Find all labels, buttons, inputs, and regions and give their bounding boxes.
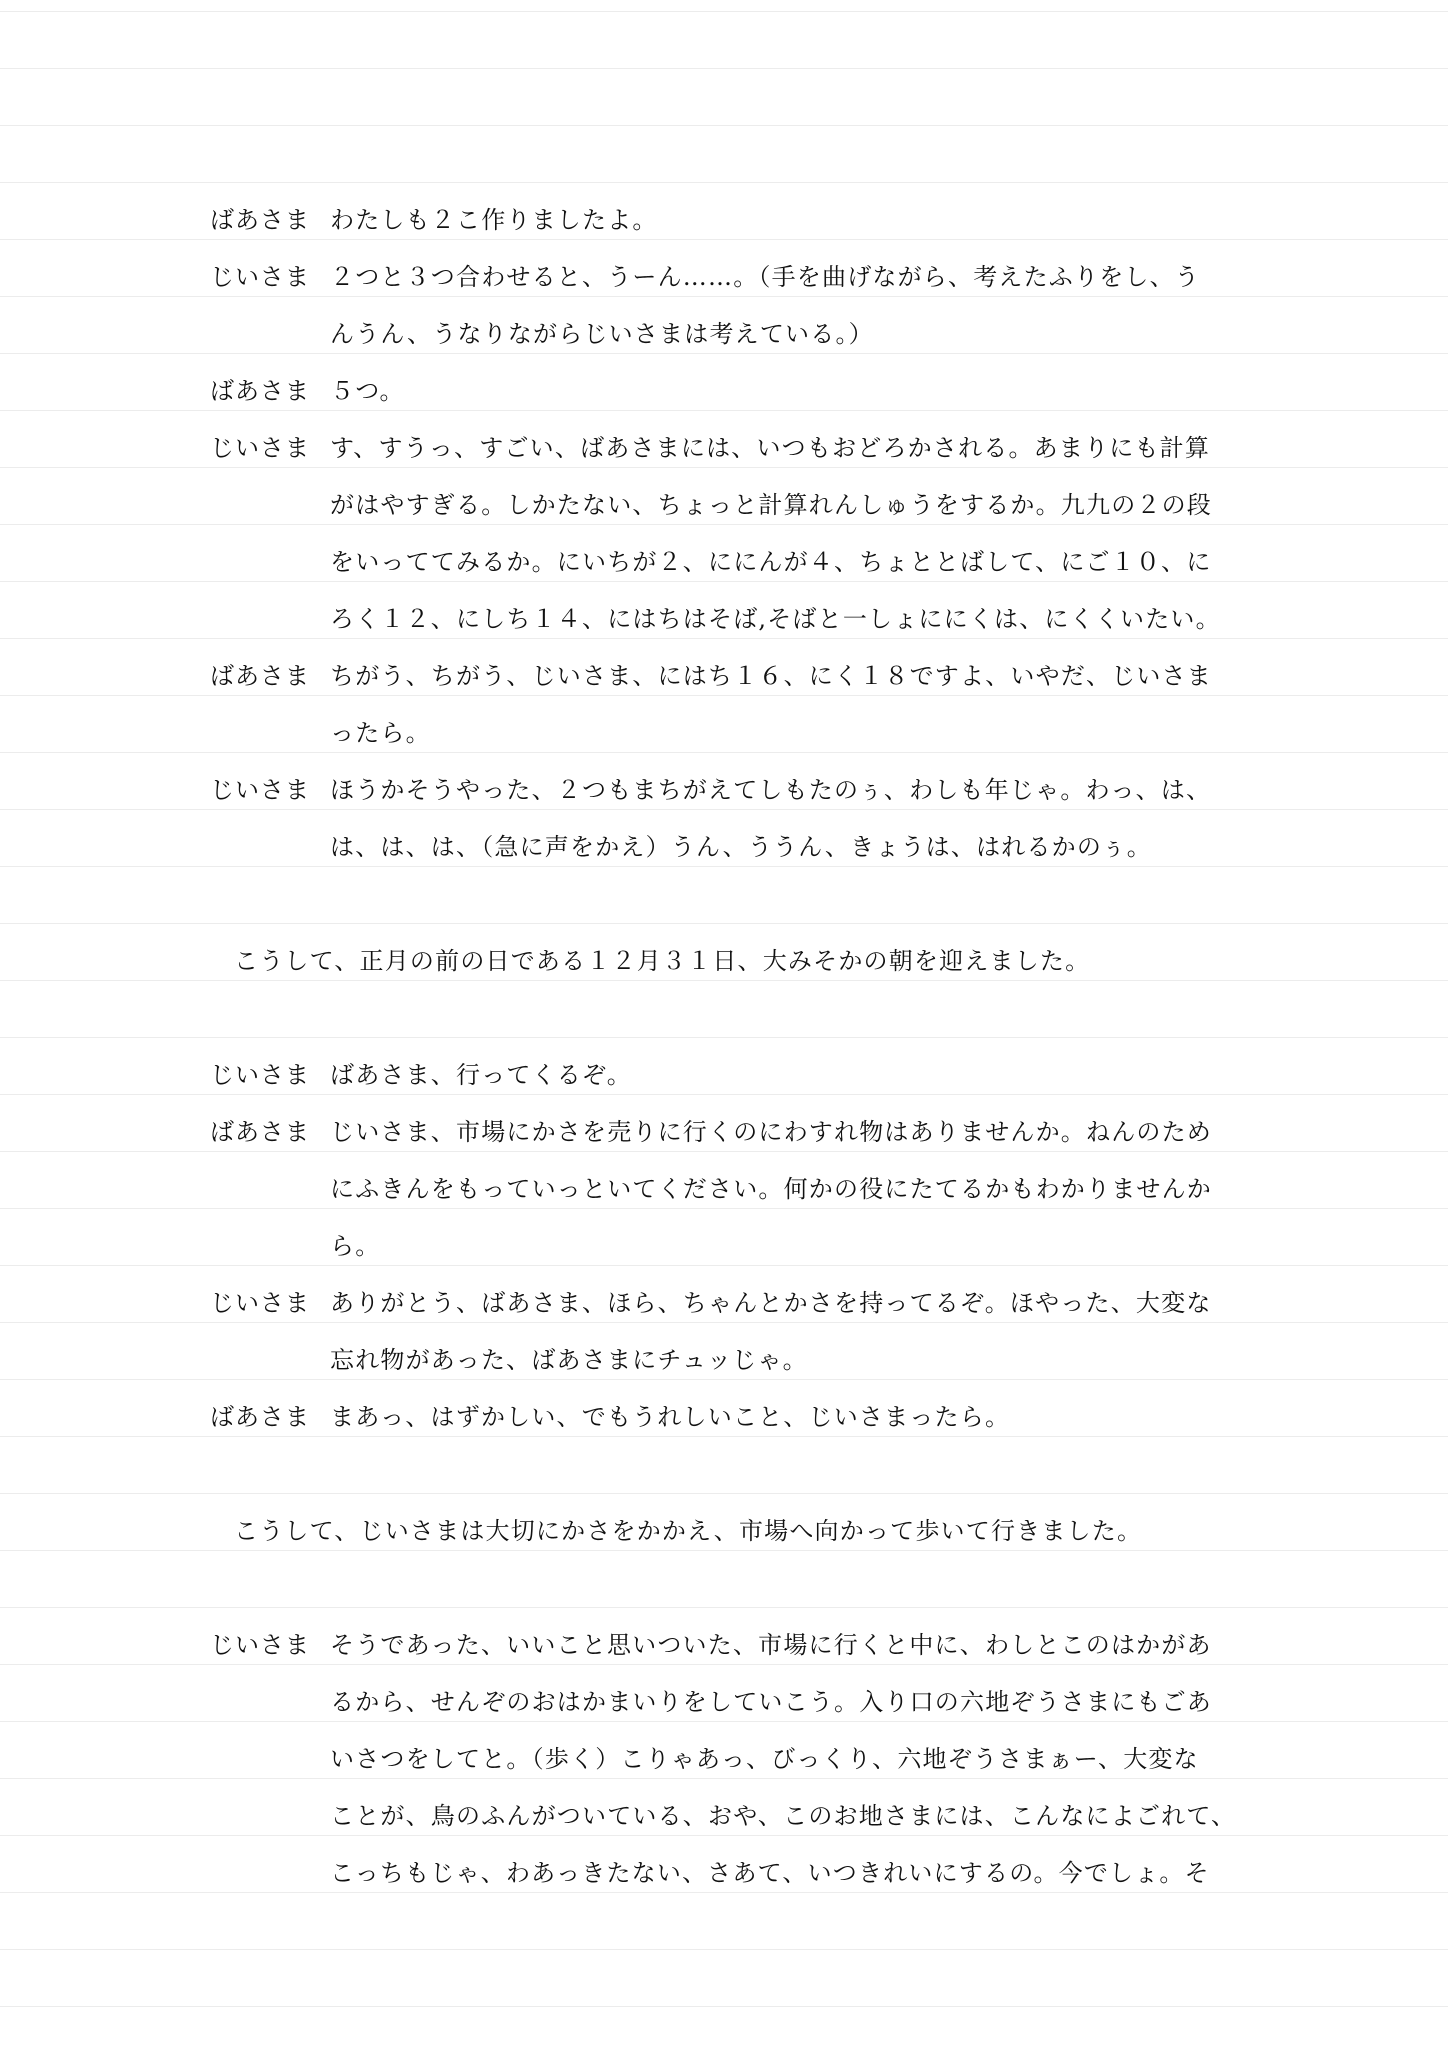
speaker-name: じいさま — [210, 1630, 325, 1660]
script-line: 忘れ物があった、ばあさまにチュッじゃ。 — [0, 1323, 1448, 1380]
script-line: ばあさま ちがう、ちがう、じいさま、にはち１６、にく１８ですよ、いやだ、じいさま — [0, 639, 1448, 696]
speaker-name: じいさま — [210, 1288, 325, 1318]
script-line: じいさま す、すうっ、すごい、ばあさまには、いつもおどろかされる。あまりにも計算 — [0, 411, 1448, 468]
dialogue-text: ありがとう、ばあさま、ほら、ちゃんとかさを持ってるぞ。ほやった、大変な — [330, 1288, 1212, 1318]
script-line: いさつをしてと。（歩く）こりゃあっ、びっくり、六地ぞうさまぁー、大変な — [0, 1722, 1448, 1779]
speaker-name: ばあさま — [210, 661, 325, 691]
speaker-name: ばあさま — [210, 205, 325, 235]
dialogue-continuation: いさつをしてと。（歩く）こりゃあっ、びっくり、六地ぞうさまぁー、大変な — [330, 1744, 1199, 1774]
dialogue-text: ２つと３つ合わせると、うーん……。（手を曲げながら、考えたふりをし、う — [330, 262, 1200, 292]
dialogue-continuation: ったら。 — [330, 718, 431, 748]
dialogue-continuation: こっちもじゃ、わあっきたない、さあて、いつきれいにするの。今でしょ。そ — [330, 1858, 1210, 1888]
script-line: をいっててみるか。にいちが２、ににんが４、ちょととばして、にご１０、に — [0, 525, 1448, 582]
speaker-name: じいさま — [210, 775, 325, 805]
narration-line: こうして、じいさまは大切にかさをかかえ、市場へ向かって歩いて行きました。 — [0, 1494, 1448, 1551]
dialogue-text: じいさま、市場にかさを売りに行くのにわすれ物はありませんか。ねんのため — [330, 1117, 1212, 1147]
dialogue-continuation: をいっててみるか。にいちが２、ににんが４、ちょととばして、にご１０、に — [330, 547, 1212, 577]
narration-text: こうして、じいさまは大切にかさをかかえ、市場へ向かって歩いて行きました。 — [234, 1516, 1142, 1546]
speaker-name: ばあさま — [210, 1402, 325, 1432]
speaker-name: じいさま — [210, 433, 325, 463]
dialogue-text: す、すうっ、すごい、ばあさまには、いつもおどろかされる。あまりにも計算 — [330, 433, 1210, 463]
script-line: じいさま ありがとう、ばあさま、ほら、ちゃんとかさを持ってるぞ。ほやった、大変な — [0, 1266, 1448, 1323]
dialogue-continuation: るから、せんぞのおはかまいりをしていこう。入り口の六地ぞうさまにもごあ — [330, 1687, 1212, 1717]
script-line: がはやすぎる。しかたない、ちょっと計算れんしゅうをするか。九九の２の段 — [0, 468, 1448, 525]
script-line: ばあさま まあっ、はずかしい、でもうれしいこと、じいさまったら。 — [0, 1380, 1448, 1437]
dialogue-text: ばあさま、行ってくるぞ。 — [330, 1060, 632, 1090]
dialogue-continuation: 忘れ物があった、ばあさまにチュッじゃ。 — [330, 1345, 808, 1375]
dialogue-continuation: んうん、うなりながらじいさまは考えている。） — [330, 319, 874, 349]
dialogue-continuation: ことが、鳥のふんがついている、おや、このお地さまには、こんなによごれて、 — [330, 1801, 1236, 1831]
dialogue-text: ほうかそうやった、２つもまちがえてしもたのぅ、わしも年じゃ。わっ、は、 — [330, 775, 1211, 805]
dialogue-continuation: は、は、は、（急に声をかえ）うん、ううん、きょうは、はれるかのぅ。 — [330, 832, 1152, 862]
speaker-name: じいさま — [210, 262, 325, 292]
script-line: じいさま そうであった、いいこと思いついた、市場に行くと中に、わしとこのはかがあ — [0, 1608, 1448, 1665]
script-line: ばあさま じいさま、市場にかさを売りに行くのにわすれ物はありませんか。ねんのため — [0, 1095, 1448, 1152]
script-line: ろく１２、にしち１４、にはちはそば,そばと一しょににくは、にくくいたい。 — [0, 582, 1448, 639]
script-line: こっちもじゃ、わあっきたない、さあて、いつきれいにするの。今でしょ。そ — [0, 1836, 1448, 1893]
script-line: じいさま ２つと３つ合わせると、うーん……。（手を曲げながら、考えたふりをし、う — [0, 240, 1448, 297]
speaker-name: ばあさま — [210, 1117, 325, 1147]
script-line: ばあさま わたしも２こ作りましたよ。 — [0, 183, 1448, 240]
narration-line: こうして、正月の前の日である１２月３１日、大みそかの朝を迎えました。 — [0, 924, 1448, 981]
script-line: は、は、は、（急に声をかえ）うん、ううん、きょうは、はれるかのぅ。 — [0, 810, 1448, 867]
dialogue-text: わたしも２こ作りましたよ。 — [330, 205, 658, 235]
speaker-name: ばあさま — [210, 376, 325, 406]
dialogue-text: そうであった、いいこと思いついた、市場に行くと中に、わしとこのはかがあ — [330, 1630, 1212, 1660]
dialogue-continuation: ろく１２、にしち１４、にはちはそば,そばと一しょににくは、にくくいたい。 — [330, 604, 1221, 634]
script-line: ら。 — [0, 1209, 1448, 1266]
script-line: んうん、うなりながらじいさまは考えている。） — [0, 297, 1448, 354]
script-line: にふきんをもっていっといてください。何かの役にたてるかもわかりませんか — [0, 1152, 1448, 1209]
dialogue-text: まあっ、はずかしい、でもうれしいこと、じいさまったら。 — [330, 1402, 1010, 1432]
speaker-name: じいさま — [210, 1060, 325, 1090]
script-line: るから、せんぞのおはかまいりをしていこう。入り口の六地ぞうさまにもごあ — [0, 1665, 1448, 1722]
narration-text: こうして、正月の前の日である１２月３１日、大みそかの朝を迎えました。 — [234, 946, 1090, 976]
script-line: ことが、鳥のふんがついている、おや、このお地さまには、こんなによごれて、 — [0, 1779, 1448, 1836]
dialogue-text: ちがう、ちがう、じいさま、にはち１６、にく１８ですよ、いやだ、じいさま — [330, 661, 1212, 691]
dialogue-continuation: にふきんをもっていっといてください。何かの役にたてるかもわかりませんか — [330, 1174, 1212, 1204]
script-line: じいさま ばあさま、行ってくるぞ。 — [0, 1038, 1448, 1095]
dialogue-continuation: ら。 — [330, 1231, 380, 1261]
dialogue-text: ５つ。 — [330, 376, 405, 406]
dialogue-continuation: がはやすぎる。しかたない、ちょっと計算れんしゅうをするか。九九の２の段 — [330, 490, 1212, 520]
script-line: じいさま ほうかそうやった、２つもまちがえてしもたのぅ、わしも年じゃ。わっ、は、 — [0, 753, 1448, 810]
script-line: ばあさま ５つ。 — [0, 354, 1448, 411]
script-line: ったら。 — [0, 696, 1448, 753]
